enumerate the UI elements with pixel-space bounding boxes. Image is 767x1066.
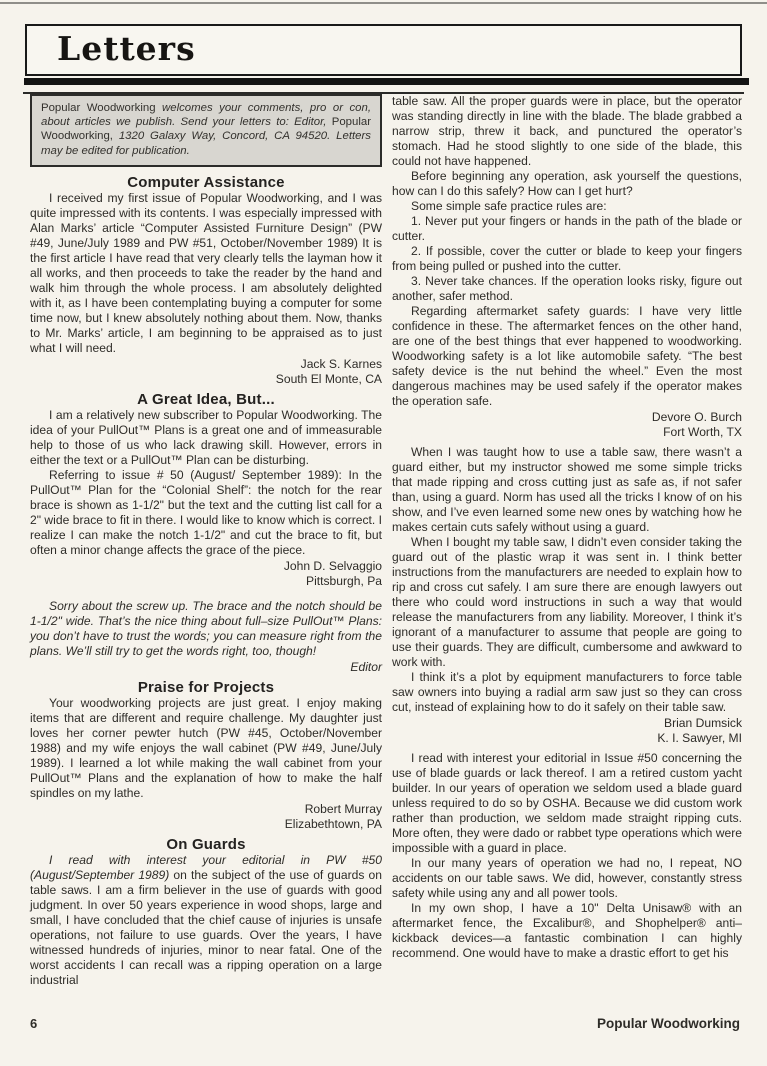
- signature-location: Pittsburgh, Pa: [30, 574, 382, 589]
- editorial-note-box: Popular Woodworking welcomes your commen…: [30, 94, 382, 167]
- letter-rule-item: 2. If possible, cover the cutter or blad…: [392, 244, 742, 274]
- signature-name: Jack S. Karnes: [30, 357, 382, 372]
- letter-computer-assistance: Computer Assistance I received my first …: [30, 175, 382, 387]
- signature: Editor: [30, 660, 382, 675]
- letter-paragraph: Your woodworking projects are just great…: [30, 696, 382, 801]
- signature-name: Robert Murray: [30, 802, 382, 817]
- letter-great-idea: A Great Idea, But... I am a relatively n…: [30, 392, 382, 589]
- letter-heading: A Great Idea, But...: [30, 392, 382, 407]
- letter-paragraph: I think it’s a plot by equipment manufac…: [392, 670, 742, 715]
- letter-paragraph: table saw. All the proper guards were in…: [392, 94, 742, 169]
- letter-paragraph: Referring to issue # 50 (August/ Septemb…: [30, 468, 382, 558]
- left-column: Popular Woodworking welcomes your commen…: [30, 94, 382, 988]
- letter-paragraph: When I was taught how to use a table saw…: [392, 445, 742, 535]
- letter-paragraph: I read with interest your editorial in I…: [392, 751, 742, 856]
- letter-paragraph: When I bought my table saw, I didn’t eve…: [392, 535, 742, 670]
- page-title: Letters: [57, 29, 196, 68]
- letter-heading: Praise for Projects: [30, 680, 382, 695]
- signature-name: John D. Selvaggio: [30, 559, 382, 574]
- signature: Devore O. Burch Fort Worth, TX: [392, 410, 742, 440]
- signature-location: K. I. Sawyer, MI: [392, 731, 742, 746]
- letter-paragraph: Regarding aftermarket safety guards: I h…: [392, 304, 742, 409]
- letter-paragraph: I read with interest your editorial in P…: [30, 853, 382, 988]
- letter-heading: On Guards: [30, 837, 382, 852]
- top-rule: [0, 2, 767, 4]
- signature: Robert Murray Elizabethtown, PA: [30, 802, 382, 832]
- section-title-box: Letters: [25, 24, 742, 76]
- letter-paragraph: I am a relatively new subscriber to Popu…: [30, 408, 382, 468]
- signature: Brian Dumsick K. I. Sawyer, MI: [392, 716, 742, 746]
- letter-paragraph: In my own shop, I have a 10" Delta Unisa…: [392, 901, 742, 961]
- letter-paragraph: Some simple safe practice rules are:: [392, 199, 742, 214]
- signature: Jack S. Karnes South El Monte, CA: [30, 357, 382, 387]
- page-footer: 6 Popular Woodworking: [30, 1016, 740, 1031]
- header-thick-rule: [24, 78, 749, 85]
- right-column: table saw. All the proper guards were in…: [392, 94, 742, 961]
- magazine-name: Popular Woodworking: [597, 1016, 740, 1031]
- letter-rule-item: 3. Never take chances. If the operation …: [392, 274, 742, 304]
- letter-praise-projects: Praise for Projects Your woodworking pro…: [30, 680, 382, 832]
- signature-name: Editor: [30, 660, 382, 675]
- letter-paragraph: I received my first issue of Popular Woo…: [30, 191, 382, 356]
- letter-paragraph: Before beginning any operation, ask your…: [392, 169, 742, 199]
- magazine-page: Letters Popular Woodworking welcomes you…: [0, 0, 767, 1066]
- editor-reply-paragraph: Sorry about the screw up. The brace and …: [30, 599, 382, 659]
- letter-on-guards-continued: table saw. All the proper guards were in…: [392, 94, 742, 440]
- letter-no-guard-tricks: When I was taught how to use a table saw…: [392, 445, 742, 746]
- letter-on-guards: On Guards I read with interest your edit…: [30, 837, 382, 988]
- signature-name: Devore O. Burch: [392, 410, 742, 425]
- letter-yacht-builder: I read with interest your editorial in I…: [392, 751, 742, 961]
- intro-segment: Popular Woodworking: [41, 102, 162, 114]
- letter-paragraph-text: on the subject of the use of guards on t…: [30, 868, 382, 987]
- letter-rule-item: 1. Never put your fingers or hands in th…: [392, 214, 742, 244]
- signature-location: South El Monte, CA: [30, 372, 382, 387]
- letter-heading: Computer Assistance: [30, 175, 382, 190]
- editor-reply: Sorry about the screw up. The brace and …: [30, 599, 382, 675]
- signature-location: Fort Worth, TX: [392, 425, 742, 440]
- signature-location: Elizabethtown, PA: [30, 817, 382, 832]
- signature: John D. Selvaggio Pittsburgh, Pa: [30, 559, 382, 589]
- page-header: Letters: [25, 24, 742, 94]
- letter-paragraph: In our many years of operation we had no…: [392, 856, 742, 901]
- signature-name: Brian Dumsick: [392, 716, 742, 731]
- page-number: 6: [30, 1016, 37, 1031]
